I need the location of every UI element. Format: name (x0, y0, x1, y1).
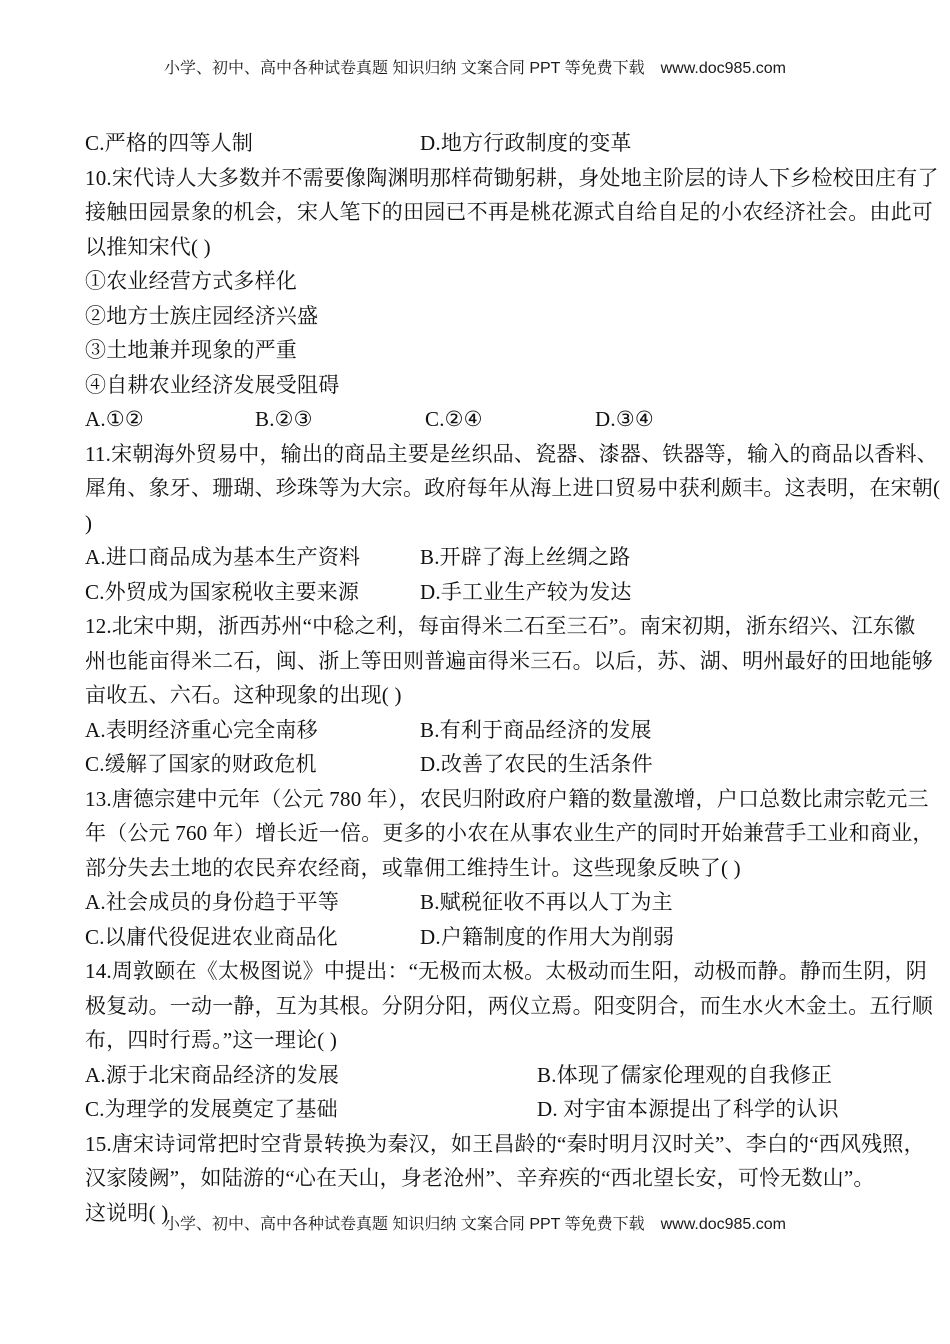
q10-stem-line-3: 以推知宋代( ) (85, 230, 875, 265)
q14-stem-line-3: 布，四时行焉。”这一理论( ) (85, 1023, 875, 1058)
q15-stem-line-2: 汉家陵阙”，如陆游的“心在天山，身老沧州”、辛弃疾的“西北望长安，可怜无数山”。 (85, 1161, 875, 1196)
q11-option-b: B.开辟了海上丝绸之路 (420, 540, 630, 575)
q13-option-d: D.户籍制度的作用大为削弱 (420, 920, 674, 955)
q10-option-c: C.②④ (425, 402, 483, 437)
q13-option-b: B.赋税征收不再以人丁为主 (420, 885, 673, 920)
q14-stem-line-1: 14.周敦颐在《太极图说》中提出：“无极而太极。太极动而生阳，动极而静。静而生阴… (85, 954, 875, 989)
q15-stem-line-1: 15.唐宋诗词常把时空背景转换为秦汉，如王昌龄的“秦时明月汉时关”、李白的“西风… (85, 1127, 875, 1162)
q11-option-a: A.进口商品成为基本生产资料 (85, 540, 360, 575)
q12-options-ab: A.表明经济重心完全南移 B.有利于商品经济的发展 (85, 713, 875, 748)
watermark-header: 小学、初中、高中各种试卷真题 知识归纳 文案合同 PPT 等免费下载 www.d… (0, 55, 950, 78)
q11-stem-line-2: 犀角、象牙、珊瑚、珍珠等为大宗。政府每年从海上进口贸易中获利颇丰。这表明，在宋朝… (85, 471, 875, 506)
q11-stem-line-3: ) (85, 506, 875, 541)
q10-statement-3: ③土地兼并现象的严重 (85, 333, 875, 368)
q11-option-d: D.手工业生产较为发达 (420, 575, 632, 610)
q12-option-b: B.有利于商品经济的发展 (420, 713, 652, 748)
q14-stem-line-2: 极复动。一动一静，互为其根。分阴分阳，两仪立焉。阳变阴合，而生水火木金土。五行顺 (85, 989, 875, 1024)
q10-option-d: D.③④ (595, 402, 654, 437)
q11-options-ab: A.进口商品成为基本生产资料 B.开辟了海上丝绸之路 (85, 540, 875, 575)
q14-option-a: A.源于北宋商品经济的发展 (85, 1058, 339, 1093)
q13-option-c: C.以庸代役促进农业商品化 (85, 920, 338, 955)
q9-option-c: C.严格的四等人制 (85, 126, 253, 161)
exam-body: C.严格的四等人制 D.地方行政制度的变革 10.宋代诗人大多数并不需要像陶渊明… (85, 126, 875, 1230)
q10-stem-line-2: 接触田园景象的机会，宋人笔下的田园已不再是桃花源式自给自足的小农经济社会。由此可 (85, 195, 875, 230)
q12-options-cd: C.缓解了国家的财政危机 D.改善了农民的生活条件 (85, 747, 875, 782)
q14-options-cd: C.为理学的发展奠定了基础 D. 对宇宙本源提出了科学的认识 (85, 1092, 875, 1127)
q13-options-cd: C.以庸代役促进农业商品化 D.户籍制度的作用大为削弱 (85, 920, 875, 955)
q13-stem-line-3: 部分失去土地的农民弃农经商，或靠佣工维持生计。这些现象反映了( ) (85, 851, 875, 886)
q9-options-cd: C.严格的四等人制 D.地方行政制度的变革 (85, 126, 875, 161)
q11-option-c: C.外贸成为国家税收主要来源 (85, 575, 359, 610)
q14-options-ab: A.源于北宋商品经济的发展 B.体现了儒家伦理观的自我修正 (85, 1058, 875, 1093)
q14-option-c: C.为理学的发展奠定了基础 (85, 1092, 338, 1127)
q10-option-a: A.①② (85, 402, 144, 437)
watermark-footer: 小学、初中、高中各种试卷真题 知识归纳 文案合同 PPT 等免费下载 www.d… (0, 1211, 950, 1234)
q14-option-d: D. 对宇宙本源提出了科学的认识 (537, 1092, 839, 1127)
q14-option-b: B.体现了儒家伦理观的自我修正 (537, 1058, 832, 1093)
q13-stem-line-2: 年（公元 760 年）增长近一倍。更多的小农在从事农业生产的同时开始兼营手工业和… (85, 816, 875, 851)
q12-stem-line-3: 亩收五、六石。这种现象的出现( ) (85, 678, 875, 713)
q10-option-b: B.②③ (255, 402, 313, 437)
q13-stem-line-1: 13.唐德宗建中元年（公元 780 年），农民归附政府户籍的数量激增，户口总数比… (85, 782, 875, 817)
q10-options-row: A.①② B.②③ C.②④ D.③④ (85, 402, 875, 437)
q12-stem-line-2: 州也能亩得米二石，闽、浙上等田则普遍亩得米三石。以后，苏、湖、明州最好的田地能够 (85, 644, 875, 679)
q11-options-cd: C.外贸成为国家税收主要来源 D.手工业生产较为发达 (85, 575, 875, 610)
q12-option-d: D.改善了农民的生活条件 (420, 747, 653, 782)
q12-option-c: C.缓解了国家的财政危机 (85, 747, 317, 782)
q10-stem-line-1: 10.宋代诗人大多数并不需要像陶渊明那样荷锄躬耕，身处地主阶层的诗人下乡检校田庄… (85, 161, 875, 196)
exam-document-page: 小学、初中、高中各种试卷真题 知识归纳 文案合同 PPT 等免费下载 www.d… (0, 0, 950, 1344)
q10-statement-2: ②地方士族庄园经济兴盛 (85, 299, 875, 334)
q12-option-a: A.表明经济重心完全南移 (85, 713, 318, 748)
q11-stem-line-1: 11.宋朝海外贸易中，输出的商品主要是丝织品、瓷器、漆器、铁器等，输入的商品以香… (85, 437, 875, 472)
q10-statement-4: ④自耕农业经济发展受阻碍 (85, 368, 875, 403)
q10-statement-1: ①农业经营方式多样化 (85, 264, 875, 299)
q9-option-d: D.地方行政制度的变革 (420, 126, 632, 161)
q12-stem-line-1: 12.北宋中期，浙西苏州“中稔之利，每亩得米二石至三石”。南宋初期，浙东绍兴、江… (85, 609, 875, 644)
q13-option-a: A.社会成员的身份趋于平等 (85, 885, 339, 920)
q13-options-ab: A.社会成员的身份趋于平等 B.赋税征收不再以人丁为主 (85, 885, 875, 920)
